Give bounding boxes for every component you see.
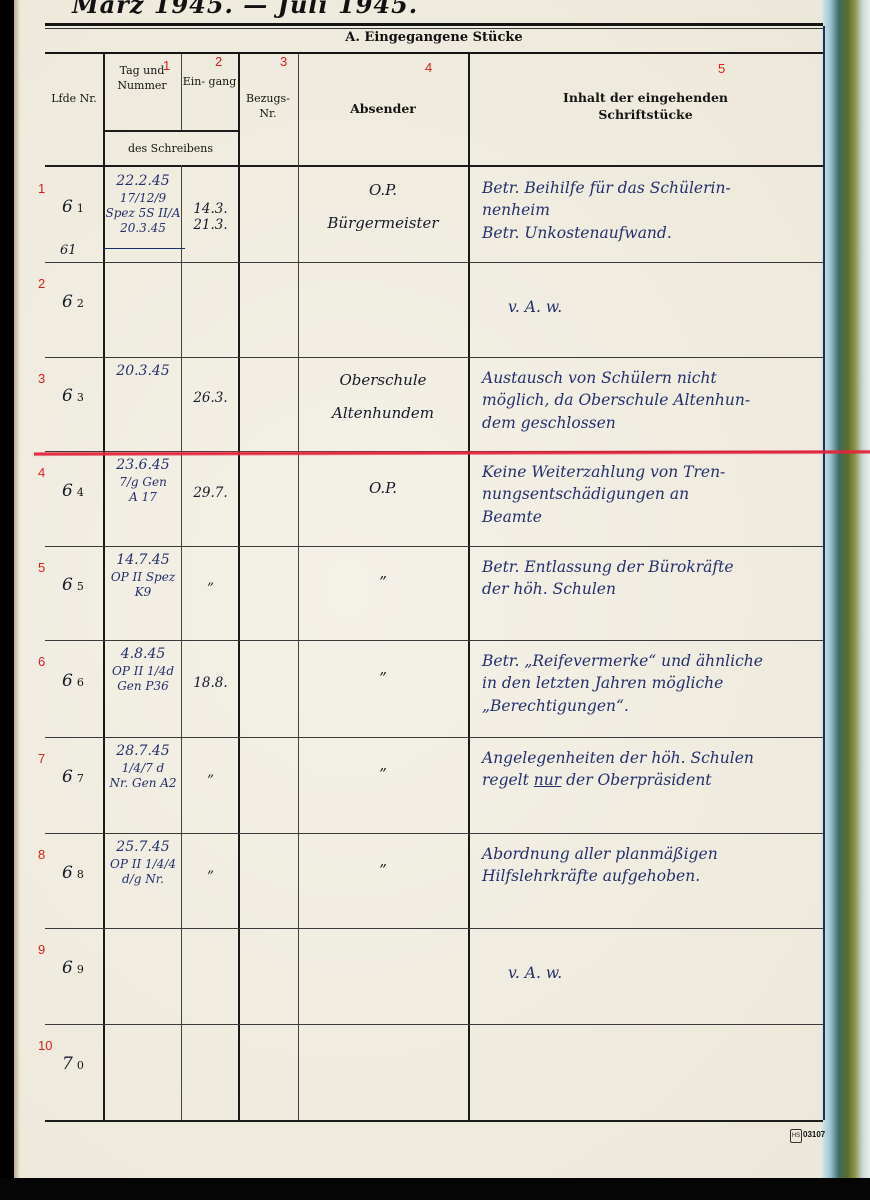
tag-nummer-line: 1/4/7 d xyxy=(103,761,183,776)
absender-cell: ” xyxy=(300,861,466,880)
tag-nummer-cell: 14.7.45OP II SpezK9 xyxy=(103,552,183,600)
tag-nummer-line: OP II 1/4d xyxy=(103,664,183,679)
row-annotation-index: 2 xyxy=(38,276,45,291)
lfd-nr-suffix: 6 xyxy=(77,676,84,689)
form-code: 03107 xyxy=(803,1130,825,1139)
inhalt-line: v. A. w. xyxy=(508,296,841,318)
row-divider xyxy=(45,262,823,263)
scan-border xyxy=(0,1178,870,1200)
tag-nummer-line: Spez 5S II/A xyxy=(103,206,183,221)
inhalt-line: der höh. Schulen xyxy=(482,578,815,600)
tag-nummer-line: 28.7.45 xyxy=(103,743,183,761)
inhalt-line: Austausch von Schülern nicht xyxy=(482,367,815,389)
inhalt-cell: Betr. Entlassung der Bürokräfteder höh. … xyxy=(482,556,815,601)
eingang-cell: ” xyxy=(184,773,237,790)
absender-cell: OberschuleAltenhundem xyxy=(300,371,466,437)
inhalt-line: Keine Weiterzahlung von Tren- xyxy=(482,461,815,483)
eingang-cell: 29.7. xyxy=(184,485,237,502)
tag-nummer-cell: 23.6.457/g GenA 17 xyxy=(103,457,183,505)
header-des-schreibens: des Schreibens xyxy=(103,142,238,157)
header-bezugs-nr: Bezugs- Nr. xyxy=(238,92,298,122)
column-annotation: 3 xyxy=(280,54,287,69)
eingang-date: ” xyxy=(184,581,237,598)
lfd-nr: 62 xyxy=(62,292,84,313)
row-annotation-index: 5 xyxy=(38,560,45,575)
absender-cell: ” xyxy=(300,669,466,688)
header-top-rule xyxy=(45,52,823,54)
row1-subdivider xyxy=(103,248,185,249)
absender-line: ” xyxy=(300,765,466,784)
tag-nummer-line: 22.2.45 xyxy=(103,173,183,191)
inhalt-cell: Angelegenheiten der höh. Schulenregelt n… xyxy=(482,747,815,792)
inhalt-cell: Betr. Beihilfe für das Schülerin-nenheim… xyxy=(482,177,815,244)
underlined-word: nur xyxy=(534,771,561,789)
inhalt-line: Betr. Unkostenaufwand. xyxy=(482,222,815,244)
tag-nummer-line: 14.7.45 xyxy=(103,552,183,570)
header-inhalt: Inhalt der eingehenden Schriftstücke xyxy=(528,90,763,124)
tag-nummer-line: A 17 xyxy=(103,490,183,505)
lfd-nr: 64 xyxy=(62,481,84,502)
top-rule xyxy=(45,23,823,26)
absender-line: Altenhundem xyxy=(300,404,466,423)
lfd-nr: 66 xyxy=(62,671,84,692)
column-divider xyxy=(181,54,182,130)
tag-nummer-line: 23.6.45 xyxy=(103,457,183,475)
lfd-nr: 70 xyxy=(62,1054,84,1075)
eingang-date: ” xyxy=(184,773,237,790)
row-annotation-index: 6 xyxy=(38,654,45,669)
row-divider xyxy=(45,737,823,738)
inhalt-line: Betr. „Reifevermerke“ und ähnliche xyxy=(482,650,815,672)
header-eingang: Ein- gang xyxy=(181,75,238,90)
inhalt-line: in den letzten Jahren mögliche xyxy=(482,672,815,694)
tag-nummer-cell: 20.3.45 xyxy=(103,363,183,381)
column-annotation: 1 xyxy=(163,58,170,73)
handwritten-period: März 1945. — Juli 1945. xyxy=(72,0,418,19)
row-divider xyxy=(45,546,823,547)
tag-nummer-line: 20.3.45 xyxy=(103,221,183,236)
lfd-nr: 67 xyxy=(62,767,84,788)
inhalt-line: Abordnung aller planmäßigen xyxy=(482,843,815,865)
tag-nummer-line: 17/12/9 xyxy=(103,191,183,206)
inhalt-line: Hilfslehrkräfte aufgehoben. xyxy=(482,865,815,887)
row-divider xyxy=(45,1024,823,1025)
lfd-nr-suffix: 7 xyxy=(77,772,84,785)
lfd-nr-suffix: 3 xyxy=(77,391,84,404)
absender-line: ” xyxy=(300,669,466,688)
tag-nummer-line: K9 xyxy=(103,585,183,600)
row-annotation-index: 9 xyxy=(38,942,45,957)
lfd-nr-suffix: 2 xyxy=(77,297,84,310)
eingang-cell: 26.3. xyxy=(184,390,237,407)
header-absender: Absender xyxy=(298,101,468,118)
row-annotation-index: 4 xyxy=(38,465,45,480)
section-title: A. Eingegangene Stücke xyxy=(45,30,823,45)
row-divider xyxy=(45,833,823,834)
row-divider xyxy=(45,357,823,358)
absender-line: Oberschule xyxy=(300,371,466,390)
lfd-nr-suffix: 5 xyxy=(77,580,84,593)
inhalt-line: dem geschlossen xyxy=(482,412,815,434)
eingang-date: ” xyxy=(184,869,237,886)
inhalt-line: Betr. Entlassung der Bürokräfte xyxy=(482,556,815,578)
publisher-logo-icon: HS xyxy=(790,1129,802,1143)
inhalt-line: regelt nur der Oberpräsident xyxy=(482,769,815,791)
row-annotation-index: 7 xyxy=(38,751,45,766)
page-edge-shadow xyxy=(14,0,20,1178)
tag-nummer-line: 20.3.45 xyxy=(103,363,183,381)
eingang-date: 26.3. xyxy=(184,390,237,407)
column-annotation: 4 xyxy=(425,60,432,75)
eingang-cell: 14.3.21.3. xyxy=(184,201,237,235)
tag-nummer-line: 4.8.45 xyxy=(103,646,183,664)
eingang-date: 18.8. xyxy=(184,675,237,692)
table-bottom-rule xyxy=(45,1120,823,1122)
absender-line: O.P. xyxy=(300,181,466,200)
inhalt-cell: v. A. w. xyxy=(508,962,841,984)
tag-nummer-cell: 22.2.4517/12/9Spez 5S II/A20.3.45 xyxy=(103,173,183,236)
lfd-nr: 68 xyxy=(62,863,84,884)
row-annotation-index: 8 xyxy=(38,847,45,862)
tag-nummer-line: OP II 1/4/4 xyxy=(103,857,183,872)
absender-line: O.P. xyxy=(300,479,466,498)
absender-cell: O.P. xyxy=(300,479,466,498)
absender-cell: ” xyxy=(300,765,466,784)
inhalt-line: nungsentschädigungen an xyxy=(482,483,815,505)
inhalt-cell: v. A. w. xyxy=(508,296,841,318)
column-divider xyxy=(298,54,299,1120)
inhalt-line: „Berechtigungen“. xyxy=(482,695,815,717)
tag-nummer-line: 25.7.45 xyxy=(103,839,183,857)
inhalt-cell: Austausch von Schülern nichtmöglich, da … xyxy=(482,367,815,434)
inhalt-cell: Betr. „Reifevermerke“ und ähnlichein den… xyxy=(482,650,815,717)
tag-nummer-line: OP II Spez xyxy=(103,570,183,585)
lfd-nr: 61 xyxy=(62,197,84,218)
inhalt-line: Betr. Beihilfe für das Schülerin- xyxy=(482,177,815,199)
absender-cell: O.P.Bürgermeister xyxy=(300,181,466,247)
lfd-nr-second: 61 xyxy=(60,243,77,259)
inhalt-cell: Abordnung aller planmäßigenHilfslehrkräf… xyxy=(482,843,815,888)
row-annotation-index: 10 xyxy=(38,1038,52,1053)
lfd-nr-suffix: 0 xyxy=(77,1059,84,1072)
eingang-date: 21.3. xyxy=(184,217,237,234)
eingang-date: 29.7. xyxy=(184,485,237,502)
inhalt-line: v. A. w. xyxy=(508,962,841,984)
tag-nummer-cell: 4.8.45OP II 1/4dGen P36 xyxy=(103,646,183,694)
absender-line: ” xyxy=(300,861,466,880)
lfd-nr: 65 xyxy=(62,575,84,596)
row-annotation-index: 1 xyxy=(38,181,45,196)
column-divider xyxy=(468,54,470,1120)
inhalt-line: möglich, da Oberschule Altenhun- xyxy=(482,389,815,411)
tag-nummer-line: Nr. Gen A2 xyxy=(103,776,183,791)
lfd-nr: 63 xyxy=(62,386,84,407)
tag-nummer-line: d/g Nr. xyxy=(103,872,183,887)
eingang-cell: 18.8. xyxy=(184,675,237,692)
absender-cell: ” xyxy=(300,573,466,592)
column-divider xyxy=(238,54,240,1120)
header-bottom-rule xyxy=(45,165,823,167)
inhalt-line: Angelegenheiten der höh. Schulen xyxy=(482,747,815,769)
lfd-nr-suffix: 8 xyxy=(77,868,84,881)
lfd-nr-suffix: 4 xyxy=(77,486,84,499)
book-binding xyxy=(820,0,870,1178)
column-divider xyxy=(181,165,182,1120)
tag-nummer-line: 7/g Gen xyxy=(103,475,183,490)
header-subrule xyxy=(103,130,238,132)
tag-nummer-line: Gen P36 xyxy=(103,679,183,694)
column-annotation: 2 xyxy=(215,54,222,69)
inhalt-line: nenheim xyxy=(482,199,815,221)
inhalt-cell: Keine Weiterzahlung von Tren-nungsentsch… xyxy=(482,461,815,528)
top-rule-thin xyxy=(45,28,823,29)
row-divider xyxy=(45,640,823,641)
absender-line: Bürgermeister xyxy=(300,214,466,233)
tag-nummer-cell: 25.7.45OP II 1/4/4d/g Nr. xyxy=(103,839,183,887)
lfd-nr-suffix: 9 xyxy=(77,963,84,976)
column-annotation: 5 xyxy=(718,61,725,76)
eingang-cell: ” xyxy=(184,581,237,598)
absender-line: ” xyxy=(300,573,466,592)
eingang-cell: ” xyxy=(184,869,237,886)
inhalt-line: Beamte xyxy=(482,506,815,528)
lfd-nr: 69 xyxy=(62,958,84,979)
row-divider xyxy=(45,928,823,929)
tag-nummer-cell: 28.7.451/4/7 dNr. Gen A2 xyxy=(103,743,183,791)
table-right-border xyxy=(823,26,825,1120)
row-annotation-index: 3 xyxy=(38,371,45,386)
eingang-date: 14.3. xyxy=(184,201,237,218)
lfd-nr-suffix: 1 xyxy=(77,202,84,215)
header-lfd-nr: Lfde Nr. xyxy=(45,92,103,107)
